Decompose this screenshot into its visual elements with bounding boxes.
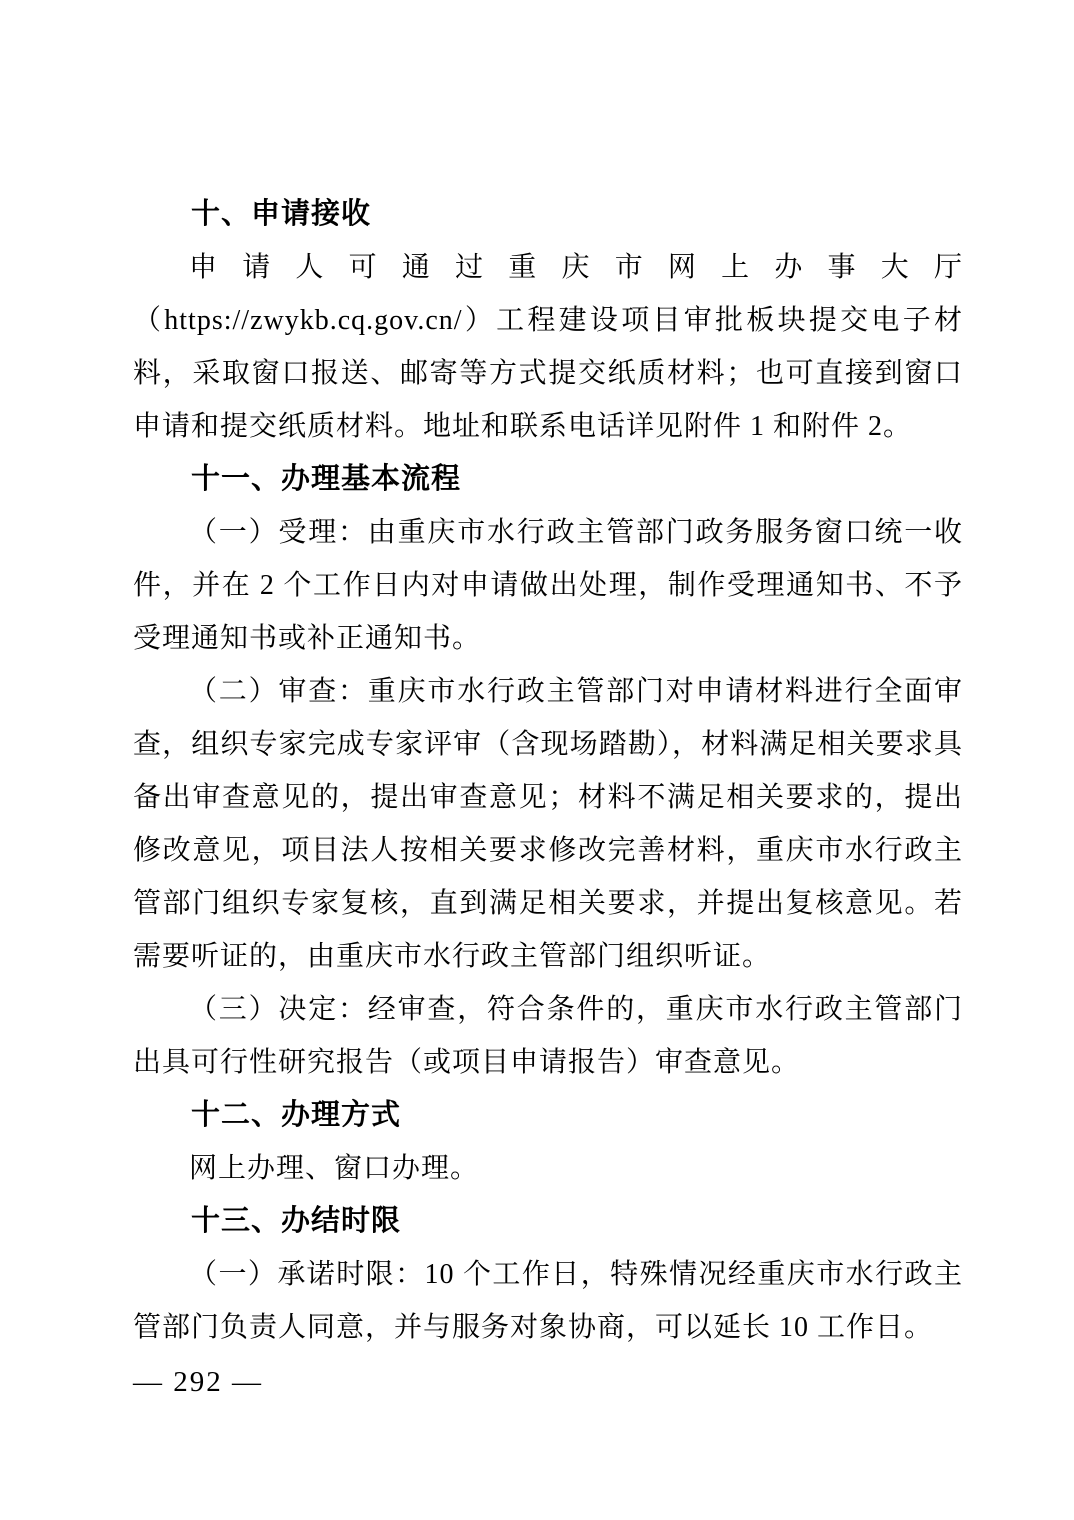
paragraph: （一）承诺时限：10 个工作日，特殊情况经重庆市水行政主管部门负责人同意，并与服… — [133, 1248, 963, 1354]
section-heading-handling-method: 十二、办理方式 — [133, 1089, 963, 1142]
section-heading-application-receipt: 十、申请接收 — [133, 188, 963, 241]
paragraph: （一）受理：由重庆市水行政主管部门政务服务窗口统一收件，并在 2 个工作日内对申… — [133, 506, 963, 665]
paragraph: 申请人可通过重庆市网上办事大厅（https://zwykb.cq.gov.cn/… — [133, 241, 963, 453]
paragraph: （二）审查：重庆市水行政主管部门对申请材料进行全面审查，组织专家完成专家评审（含… — [133, 665, 963, 983]
section-heading-completion-time-limit: 十三、办结时限 — [133, 1195, 963, 1248]
section-heading-basic-process: 十一、办理基本流程 — [133, 453, 963, 506]
paragraph: 网上办理、窗口办理。 — [133, 1142, 963, 1195]
paragraph: （三）决定：经审查，符合条件的，重庆市水行政主管部门出具可行性研究报告（或项目申… — [133, 983, 963, 1089]
document-page: 十、申请接收 申请人可通过重庆市网上办事大厅（https://zwykb.cq.… — [0, 0, 1074, 1520]
page-number: — 292 — — [133, 1362, 263, 1402]
document-content: 十、申请接收 申请人可通过重庆市网上办事大厅（https://zwykb.cq.… — [133, 188, 963, 1354]
